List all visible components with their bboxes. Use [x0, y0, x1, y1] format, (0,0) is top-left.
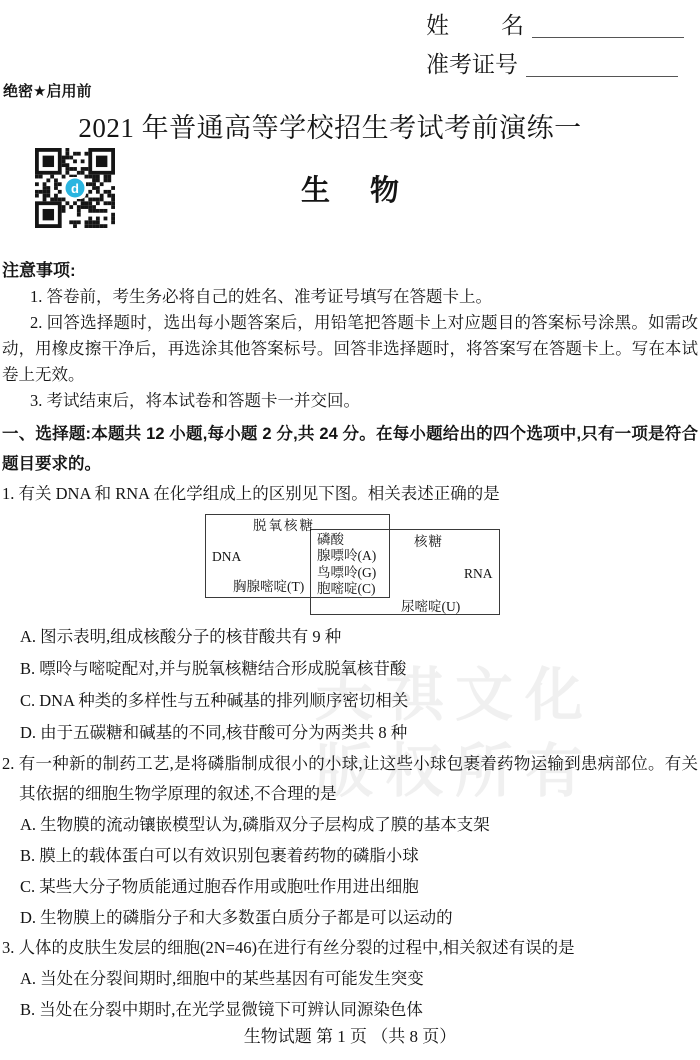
shared-adenine-label: 腺嘌呤(A) — [317, 548, 376, 564]
question-2-option-a: A. 生物膜的流动镶嵌模型认为,磷脂双分子层构成了膜的基本支架 — [2, 809, 698, 840]
rna-base-label: 尿嘧啶(U) — [401, 599, 460, 615]
subject-title: 生 物 — [0, 168, 700, 209]
question-1-option-a: A. 图示表明,组成核酸分子的核苷酸共有 9 种 — [2, 621, 698, 653]
subject-char2: 物 — [370, 168, 399, 209]
name-label: 姓名 — [426, 13, 524, 38]
question-1-option-c: C. DNA 种类的多样性与五种碱基的排列顺序密切相关 — [2, 685, 698, 717]
notice-item-2: 2. 回答选择题时，选出每小题答案后，用铅笔把答题卡上对应题目的答案标号涂黑。如… — [2, 310, 698, 388]
page-footer: 生物试题 第 1 页 （共 8 页） — [0, 1022, 700, 1047]
question-1-option-d: D. 由于五碳糖和碱基的不同,核苷酸可分为两类共 8 种 — [2, 717, 698, 749]
dna-sugar-label: 脱氧核糖 — [253, 518, 315, 534]
name-row: 姓名 — [426, 2, 688, 38]
question-2-option-b: B. 膜上的载体蛋白可以有效识别包裹着药物的磷脂小球 — [2, 840, 698, 871]
rna-sugar-label: 核糖 — [414, 534, 443, 550]
question-3-stem: 3. 人体的皮肤生发层的细胞(2N=46)在进行有丝分裂的过程中,相关叙述有误的… — [2, 933, 698, 963]
shared-phosphate-label: 磷酸 — [317, 532, 344, 548]
question-2-stem: 2. 有一种新的制药工艺,是将磷脂制成很小的小球,让这些小球包裹着药物运输到患病… — [2, 749, 698, 809]
ticket-fill-line[interactable] — [526, 47, 678, 77]
question-3: 3. 人体的皮肤生发层的细胞(2N=46)在进行有丝分裂的过程中,相关叙述有误的… — [2, 933, 698, 1025]
dna-base-label: 胸腺嘧啶(T) — [233, 579, 304, 595]
notice-item-3: 3. 考试结束后，将本试卷和答题卡一并交回。 — [2, 388, 698, 414]
exam-title: 2021 年普通高等学校招生考试考前演练一 — [0, 106, 660, 145]
dna-name-label: DNA — [212, 549, 241, 565]
ticket-row: 准考证号 — [426, 41, 688, 77]
secrecy-notice: 绝密★启用前 — [3, 80, 91, 101]
question-3-option-b: B. 当处在分裂中期时,在光学显微镜下可辨认同源染色体 — [2, 994, 698, 1025]
question-1-stem: 1. 有关 DNA 和 RNA 在化学组成上的区别见下图。相关表述正确的是 — [2, 479, 698, 509]
question-2: 2. 有一种新的制药工艺,是将磷脂制成很小的小球,让这些小球包裹着药物运输到患病… — [2, 749, 698, 933]
question-2-option-c: C. 某些大分子物质能通过胞吞作用或胞吐作用进出细胞 — [2, 871, 698, 902]
shared-guanine-label: 鸟嘌呤(G) — [317, 565, 376, 581]
dna-rna-diagram: 脱氧核糖 DNA 胸腺嘧啶(T) 磷酸 腺嘌呤(A) 鸟嘌呤(G) 胞嘧啶(C)… — [205, 511, 505, 617]
exam-page: 姓名 准考证号 绝密★启用前 2021 年普通高等学校招生考试考前演练一 d 生… — [0, 0, 700, 1060]
name-fill-line[interactable] — [532, 8, 684, 38]
question-1: 1. 有关 DNA 和 RNA 在化学组成上的区别见下图。相关表述正确的是 脱氧… — [2, 479, 698, 749]
ticket-label: 准考证号 — [426, 52, 518, 77]
name-label-char1: 姓 — [426, 13, 449, 38]
question-3-option-a: A. 当处在分裂间期时,细胞中的某些基因有可能发生突变 — [2, 963, 698, 994]
subject-char1: 生 — [301, 168, 330, 209]
candidate-info: 姓名 准考证号 — [426, 2, 688, 80]
notice-item-1: 1. 答卷前，考生务必将自己的姓名、准考证号填写在答题卡上。 — [2, 284, 698, 310]
shared-cytosine-label: 胞嘧啶(C) — [317, 581, 376, 597]
main-content: 注意事项: 1. 答卷前，考生务必将自己的姓名、准考证号填写在答题卡上。 2. … — [2, 258, 698, 1025]
section-header: 一、选择题:本题共 12 小题,每小题 2 分,共 24 分。在每小题给出的四个… — [2, 419, 698, 479]
name-label-char2: 名 — [501, 13, 524, 38]
rna-name-label: RNA — [464, 566, 493, 582]
question-1-option-b: B. 嘌呤与嘧啶配对,并与脱氧核糖结合形成脱氧核苷酸 — [2, 653, 698, 685]
notice-heading: 注意事项: — [2, 258, 698, 284]
question-2-option-d: D. 生物膜上的磷脂分子和大多数蛋白质分子都是可以运动的 — [2, 902, 698, 933]
